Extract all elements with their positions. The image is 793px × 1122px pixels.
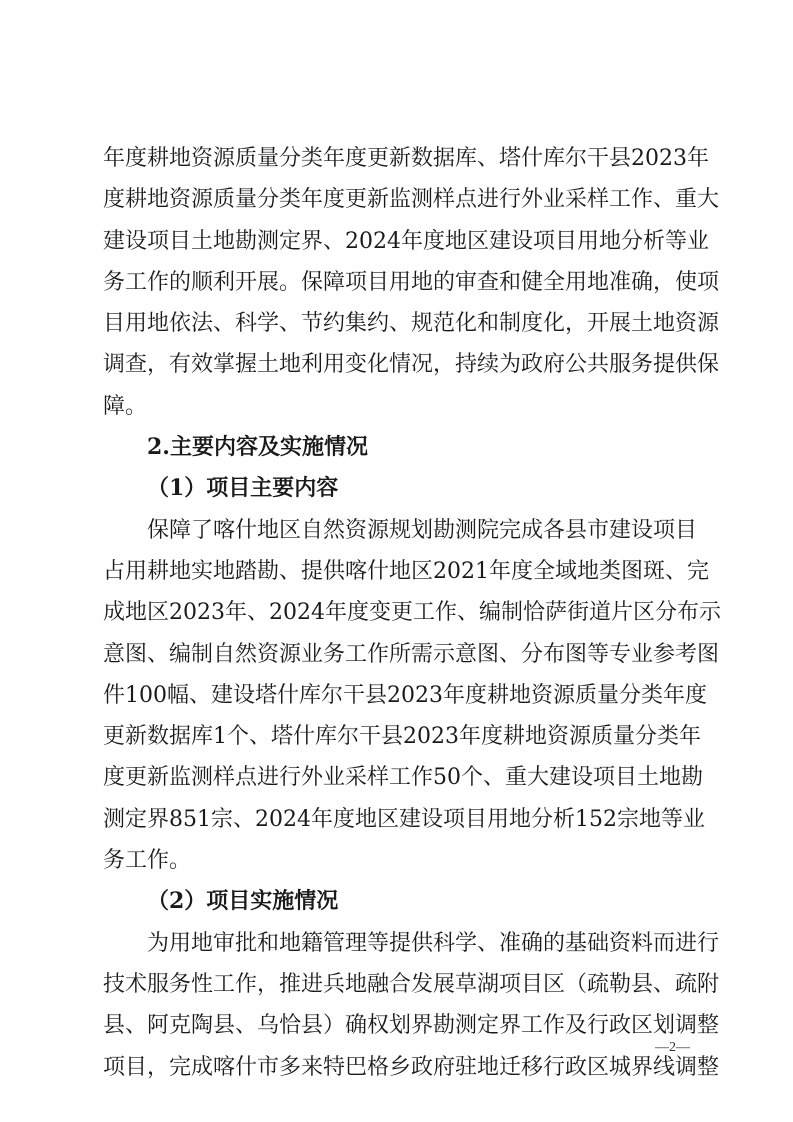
text-line: 为用地审批和地籍管理等提供科学、准确的基础资料而进行: [103, 923, 691, 964]
text-line: 障。: [103, 386, 691, 427]
text-line: 件100幅、建设塔什库尔干县2023年度耕地资源质量分类年度: [103, 675, 691, 716]
text-line: 务工作的顺利开展。保障项目用地的审查和健全用地准确，使项: [103, 262, 691, 303]
subsection-heading-main-content: （1）项目主要内容: [103, 468, 691, 509]
text-line: 更新数据库1个、塔什库尔干县2023年度耕地资源质量分类年: [103, 716, 691, 757]
text-line: 测定界851宗、2024年度地区建设项目用地分析152宗地等业: [103, 799, 691, 840]
text-line: 保障了喀什地区自然资源规划勘测院完成各县市建设项目: [103, 510, 691, 551]
text-line: 度更新监测样点进行外业采样工作50个、重大建设项目土地勘: [103, 757, 691, 798]
text-line: 调查，有效掌握土地利用变化情况，持续为政府公共服务提供保: [103, 344, 691, 385]
paragraph-implementation: 为用地审批和地籍管理等提供科学、准确的基础资料而进行 技术服务性工作，推进兵地融…: [103, 923, 691, 1088]
page-number: —2—: [655, 1040, 690, 1056]
text-line: 项目，完成喀什市多来特巴格乡政府驻地迁移行政区城界线调整: [103, 1047, 691, 1088]
text-line: 年度耕地资源质量分类年度更新数据库、塔什库尔干县2023年: [103, 138, 691, 179]
paragraph-continuation: 年度耕地资源质量分类年度更新数据库、塔什库尔干县2023年 度耕地资源质量分类年…: [103, 138, 691, 427]
text-line: 成地区2023年、2024年度变更工作、编制恰萨街道片区分布示: [103, 592, 691, 633]
section-heading: 2.主要内容及实施情况: [103, 427, 691, 468]
paragraph-main-content: 保障了喀什地区自然资源规划勘测院完成各县市建设项目 占用耕地实地踏勘、提供喀什地…: [103, 510, 691, 882]
text-line: 目用地依法、科学、节约集约、规范化和制度化，开展土地资源: [103, 303, 691, 344]
text-line: 占用耕地实地踏勘、提供喀什地区2021年度全域地类图斑、完: [103, 551, 691, 592]
text-line: 建设项目土地勘测定界、2024年度地区建设项目用地分析等业: [103, 221, 691, 262]
text-line: 务工作。: [103, 840, 691, 881]
text-line: 技术服务性工作，推进兵地融合发展草湖项目区（疏勒县、疏附: [103, 964, 691, 1005]
text-line: 意图、编制自然资源业务工作所需示意图、分布图等专业参考图: [103, 634, 691, 675]
document-page: 年度耕地资源质量分类年度更新数据库、塔什库尔干县2023年 度耕地资源质量分类年…: [103, 138, 691, 1088]
subsection-heading-implementation: （2）项目实施情况: [103, 881, 691, 922]
text-line: 度耕地资源质量分类年度更新监测样点进行外业采样工作、重大: [103, 179, 691, 220]
text-line: 县、阿克陶县、乌恰县）确权划界勘测定界工作及行政区划调整: [103, 1005, 691, 1046]
